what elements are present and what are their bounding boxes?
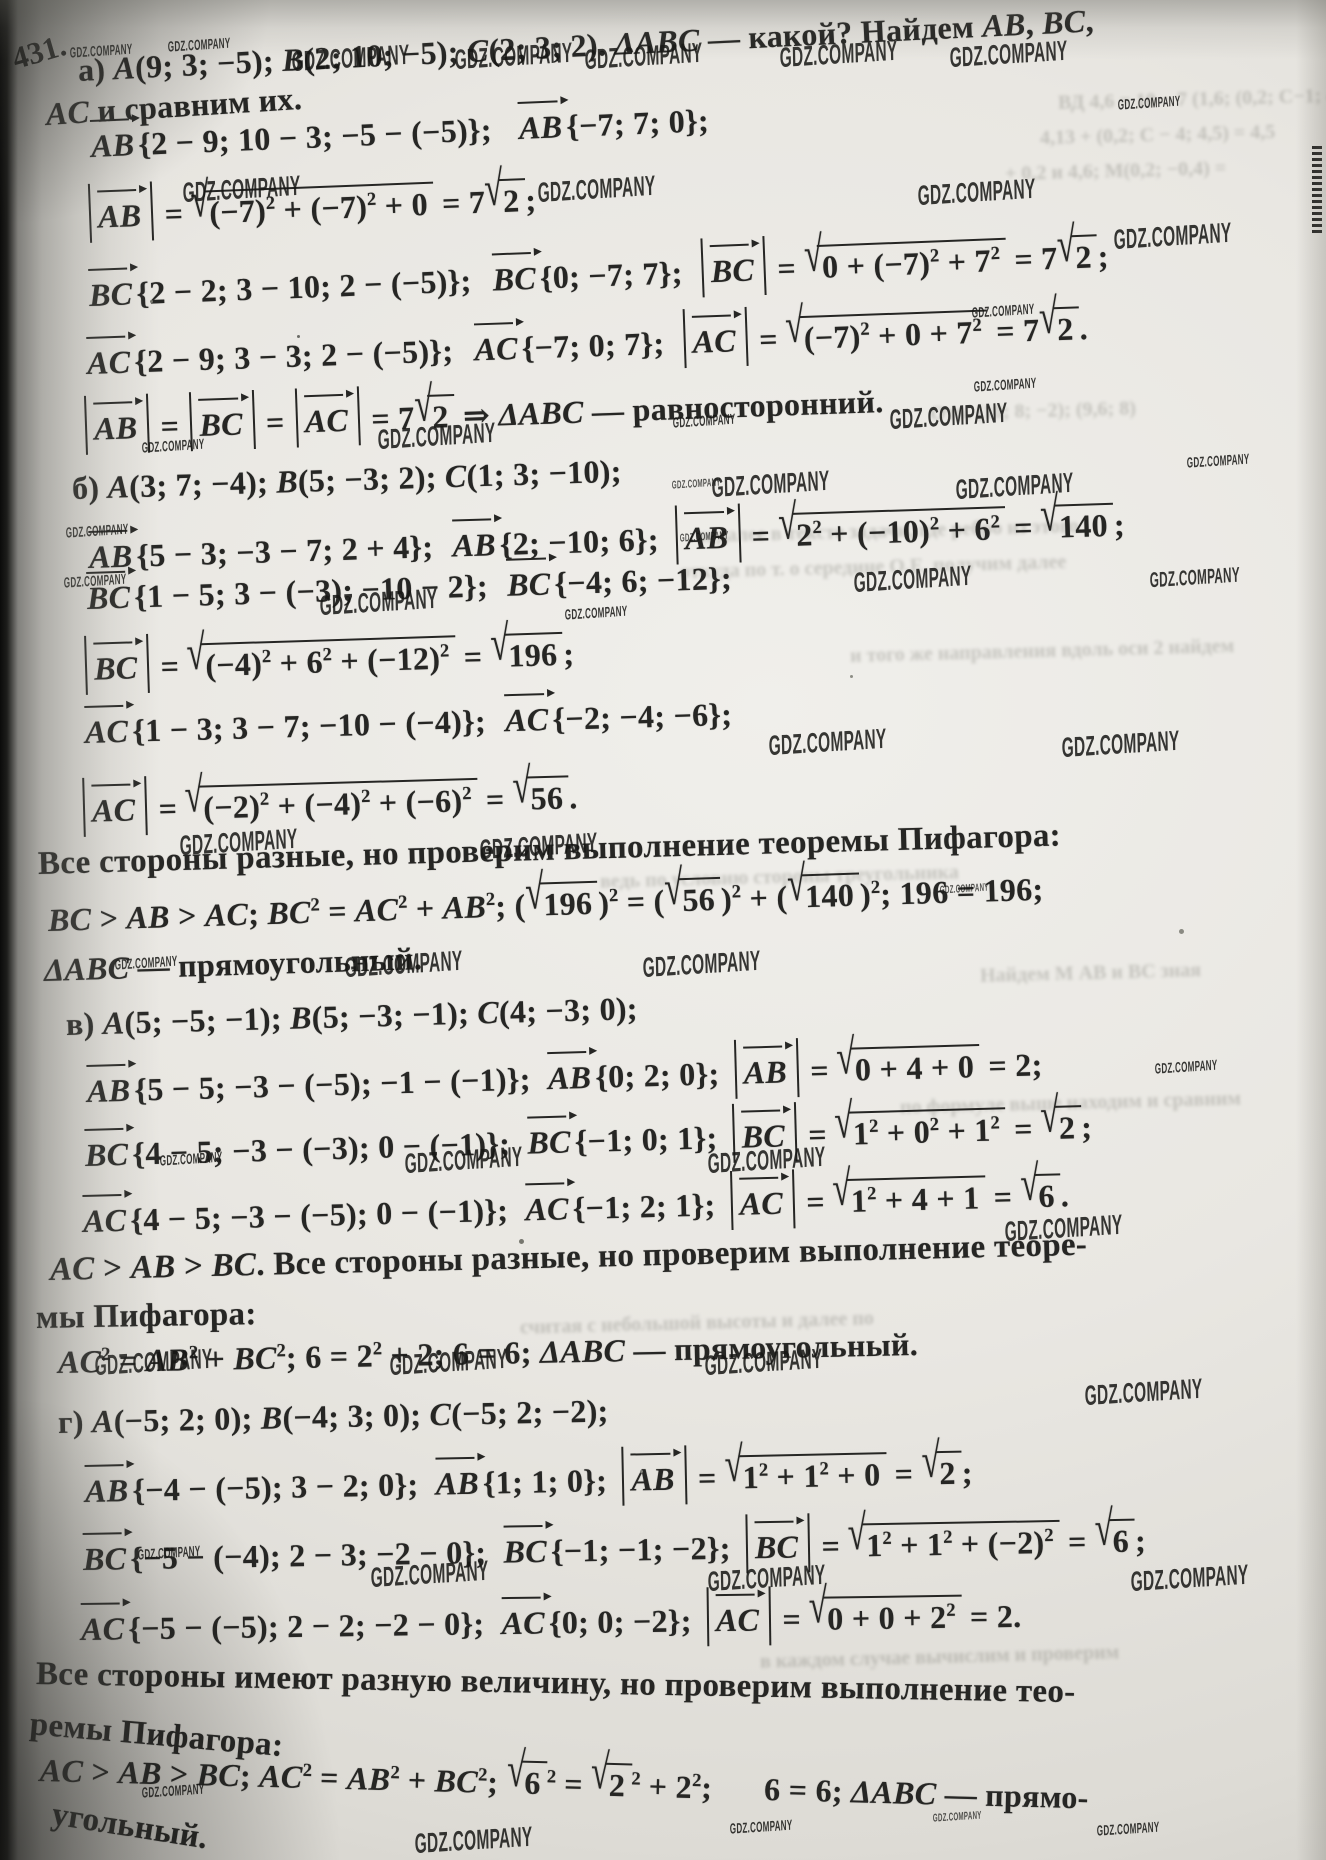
watermark: GDZ.COMPANY [1130, 1559, 1248, 1599]
watermark: GDZ.COMPANY [711, 465, 829, 505]
square-root: √(−4)2 + 62 + (−12)2 [187, 635, 456, 684]
square-root: √6 [1020, 1173, 1061, 1215]
square-root: √56 [512, 775, 570, 818]
watermark: GDZ.COMPANY [1084, 1373, 1202, 1413]
bleed-through-text: ВД 4,6 = 10 − 7 (1,6; (0,2; С−1; 4,2 [1058, 84, 1326, 115]
vector-overarrow: BC [491, 260, 541, 299]
scanned-textbook-page: 431. ВД 4,6 = 10 − 7 (1,6; (0,2; С−1; 4,… [0, 0, 1326, 1860]
vector-overarrow: AC [83, 713, 132, 751]
watermark: GDZ.COMPANY [1187, 450, 1250, 471]
absolute-value-bars: AB [622, 1445, 688, 1505]
watermark: GDZ.COMPANY [779, 35, 897, 75]
watermark: GDZ.COMPANY [142, 435, 205, 456]
solution-line-11: BC = √(−4)2 + 62 + (−12)2 = √196; [81, 621, 575, 695]
square-root: √(−7)2 + 0 + 72 [785, 310, 988, 358]
absolute-value-bars: AC [82, 776, 148, 837]
vector-overarrow: AC [504, 701, 553, 739]
watermark: GDZ.COMPANY [1004, 1209, 1122, 1249]
vector-overarrow: AB [630, 1461, 679, 1499]
square-root: √0 + (−7)2 + 72 [803, 238, 1006, 287]
edge-shadow-right [1296, 0, 1326, 1860]
watermark: GDZ.COMPANY [642, 945, 760, 985]
watermark: GDZ.COMPANY [704, 1343, 822, 1383]
watermark: GDZ.COMPANY [319, 583, 437, 623]
vector-overarrow: AB [92, 409, 142, 448]
vector-overarrow: AC [524, 1190, 573, 1228]
watermark: GDZ.COMPANY [889, 397, 1007, 437]
bleed-through-text: Найдем М АВ и ВС зная [980, 959, 1202, 988]
watermark: GDZ.COMPANY [1150, 564, 1241, 594]
absolute-value-bars: BC [84, 634, 150, 695]
watermark: GDZ.COMPANY [377, 417, 495, 457]
watermark: GDZ.COMPANY [565, 602, 628, 623]
vector-overarrow: BC [198, 405, 248, 444]
vector-overarrow: AC [500, 1604, 549, 1642]
vector-overarrow: AB [434, 1465, 483, 1503]
square-root: √2 [1039, 306, 1081, 348]
vector-overarrow: BC [93, 649, 142, 687]
watermark: GDZ.COMPANY [142, 1780, 205, 1801]
bleed-through-text: и того же направления вдоль оси 2 найдем [850, 635, 1235, 668]
vector-overarrow: AB [96, 197, 146, 236]
vector-overarrow: AB [546, 1059, 595, 1097]
vector-overarrow: AB [86, 1072, 135, 1110]
watermark: GDZ.COMPANY [1113, 217, 1231, 257]
square-root: √6 [1094, 1519, 1135, 1561]
watermark: GDZ.COMPANY [933, 1810, 982, 1825]
bleed-through-text: + 0,2 и 4,6; М(0,2; −0,4) = [1005, 157, 1227, 186]
watermark: GDZ.COMPANY [454, 37, 572, 77]
square-root: √196 [490, 632, 564, 675]
watermark: GDZ.COMPANY [853, 560, 971, 600]
solution-line-13: AC = √(−2)2 + (−4)2 + (−6)2 = √56. [79, 764, 578, 837]
absolute-value-bars: AB [734, 1038, 800, 1099]
square-root: √22 + (−10)2 + 62 [778, 506, 1007, 554]
watermark: GDZ.COMPANY [404, 1141, 522, 1181]
watermark: GDZ.COMPANY [768, 723, 886, 763]
problem-number: 431. [8, 27, 70, 77]
watermark: GDZ.COMPANY [730, 1816, 793, 1837]
solution-line-22: мы Пифагора: [36, 1296, 257, 1337]
square-root: √2 [1040, 1105, 1081, 1147]
watermark: GDZ.COMPANY [584, 37, 702, 77]
vector-overarrow: BC [526, 1123, 575, 1161]
watermark: GDZ.COMPANY [1155, 1056, 1218, 1077]
vector-overarrow: AC [82, 1202, 131, 1240]
vector-overarrow: AC [91, 791, 140, 829]
solution-line-31: угольный. [49, 1796, 210, 1857]
watermark: GDZ.COMPANY [1097, 1818, 1160, 1839]
square-root: √2 [1057, 234, 1099, 277]
vector-overarrow: AB [84, 1472, 133, 1510]
vector-overarrow: BC [87, 275, 137, 314]
watermark: GDZ.COMPANY [1061, 725, 1179, 765]
square-root: √2 [591, 1762, 632, 1804]
solution-line-27: AC{−5 − (−5); 2 − 2; −2 − 0}; AC{0; 0; −… [80, 1583, 1022, 1655]
page-edge-print-marks [1312, 146, 1322, 236]
watermark: GDZ.COMPANY [974, 374, 1037, 395]
bleed-through-text: 4,13 + (0,2; С − 4; 4,5) = 4,5 [1040, 121, 1276, 150]
square-root: √12 + 12 + (−2)2 [848, 1520, 1060, 1565]
solution-line-4: AB = √(−7)2 + (−7)2 + 0 = 7√2; [85, 167, 537, 243]
vector-overarrow: AC [738, 1185, 787, 1223]
solution-line-12: AC{1 − 3; 3 − 7; −10 − (−4)}; AC{−2; −4;… [83, 696, 732, 751]
vector-overarrow: AC [715, 1601, 764, 1639]
watermark: GDZ.COMPANY [917, 173, 1035, 213]
absolute-value-bars: BC [701, 236, 768, 297]
square-root: √140 [1040, 503, 1114, 546]
vector-overarrow: AC [85, 343, 135, 382]
solution-line-17: в) A(5; −5; −1); B(5; −3; −1); C(4; −3; … [65, 990, 638, 1043]
square-root: √2 [921, 1451, 962, 1493]
watermark: GDZ.COMPANY [949, 35, 1067, 75]
square-root: √12 + 4 + 1 [833, 1175, 986, 1220]
square-root: √0 + 4 + 0 [836, 1044, 980, 1089]
watermark: GDZ.COMPANY [389, 1343, 507, 1383]
watermark: GDZ.COMPANY [414, 1821, 532, 1860]
vector-overarrow: AC [691, 322, 741, 361]
vector-overarrow: AB [517, 108, 567, 147]
vector-overarrow: BC [506, 565, 555, 603]
square-root: √140 [787, 872, 861, 915]
square-root: √196 [525, 881, 599, 924]
dust-specks [297, 335, 300, 338]
watermark: GDZ.COMPANY [370, 1555, 488, 1595]
vector-overarrow: AB [89, 126, 139, 165]
solution-line-25: AB{−4 − (−5); 3 − 2; 0}; AB{1; 1; 0}; AB… [83, 1439, 973, 1517]
absolute-value-bars: AB [84, 394, 150, 455]
vector-overarrow: BC [84, 1136, 133, 1174]
square-root: √12 + 12 + 0 [724, 1452, 886, 1496]
vector-overarrow: BC [82, 1540, 131, 1578]
vector-overarrow: BC [502, 1533, 551, 1571]
solution-line-8: б) A(3; 7; −4); B(5; −3; 2); C(1; 3; −10… [71, 453, 622, 507]
absolute-value-bars: AC [295, 386, 361, 447]
watermark: GDZ.COMPANY [537, 170, 655, 210]
square-root: √(−2)2 + (−4)2 + (−6)2 [185, 778, 478, 827]
vector-overarrow: AB [451, 526, 500, 564]
absolute-value-bars: AC [682, 307, 748, 368]
square-root: √2 [484, 178, 526, 221]
absolute-value-bars: AB [88, 181, 155, 242]
vector-overarrow: AB [742, 1053, 791, 1091]
vector-overarrow: AC [303, 402, 353, 441]
solution-line-26: BC{−5 − (−4); 2 − 3; −2 − 0}; BC{−1; −1;… [81, 1507, 1146, 1585]
square-root: √56 [664, 877, 722, 920]
square-root: √12 + 02 + 12 [834, 1107, 1006, 1153]
vector-overarrow: AC [80, 1610, 129, 1648]
vector-overarrow: BC [709, 251, 759, 290]
watermark: GDZ.COMPANY [344, 945, 462, 985]
solution-line-24: г) A(−5; 2; 0); B(−4; 3; 0); C(−5; 2; −2… [58, 1392, 609, 1441]
square-root: √6 [506, 1760, 547, 1802]
square-root: √0 + 0 + 22 [809, 1595, 962, 1638]
vector-overarrow: AC [473, 330, 523, 369]
